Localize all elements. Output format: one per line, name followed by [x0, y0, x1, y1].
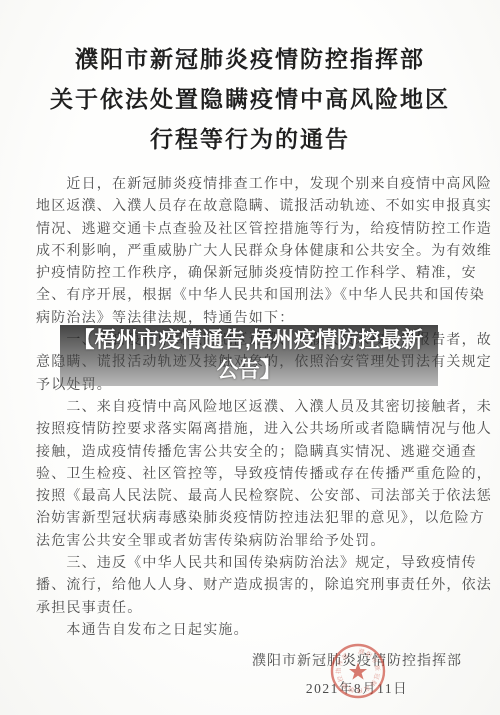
notice-body-line: 本通告自发布之日起实施。	[36, 620, 494, 642]
notice-body-line: 验、卫生检疫、社区管控等，导致疫情传播或存在传播严重危险的，	[36, 464, 494, 486]
notice-title-line: 濮阳市新冠肺炎疫情防控指挥部	[0, 40, 500, 80]
notice-body-line: 近日，在新冠肺炎疫情排查工作中，发现个别来自疫情中高风险	[36, 174, 494, 196]
notice-title-line: 行程等行为的通告	[0, 120, 500, 160]
notice-body-line: 承担民事责任。	[36, 598, 494, 620]
notice-body-line: 三、违反《中华人民共和国传染病防治法》规定，导致疫情传	[36, 553, 494, 575]
notice-body-line: 全、有序开展，根据《中华人民共和国刑法》《中华人民共和国传染	[36, 285, 494, 307]
notice-photo: 濮阳市新冠肺炎疫情防控指挥部 关于依法处置隐瞒疫情中高风险地区 行程等行为的通告…	[0, 0, 500, 715]
seal-star-icon	[349, 663, 367, 680]
notice-body-line: 情况、逃避交通卡点查验及社区管控措施等行为，给疫情防控工作造	[36, 219, 494, 241]
watermark-overlay: 【梧州市疫情通告,梧州疫情防控最新 公告】	[60, 325, 438, 386]
notice-body-line: 法危害公共安全罪或者妨害传染病防治罪给予处罚。	[36, 531, 494, 553]
official-seal-icon: 濮阳市新冠肺炎疫情防控指挥部	[328, 641, 388, 701]
notice-body-line: 治妨害新型冠状病毒感染肺炎疫情防控违法犯罪的意见》，以危险方	[36, 508, 494, 530]
notice-body-line: 播、流行，给他人人身、财产造成损害的，除追究刑事责任外，依法	[36, 575, 494, 597]
watermark-line2: 公告】	[60, 355, 438, 385]
notice-body-line: 地区返濮、入濮人员存在故意隐瞒、谎报活动轨迹、不如实申报真实	[36, 196, 494, 218]
notice-body-line: 护疫情防控工作秩序，确保新冠肺炎疫情防控工作科学、精准，安	[36, 263, 494, 285]
notice-title: 濮阳市新冠肺炎疫情防控指挥部 关于依法处置隐瞒疫情中高风险地区 行程等行为的通告	[0, 40, 500, 160]
notice-body: 近日，在新冠肺炎疫情排查工作中，发现个别来自疫情中高风险 地区返濮、入濮人员存在…	[36, 174, 494, 642]
notice-title-line: 关于依法处置隐瞒疫情中高风险地区	[0, 80, 500, 120]
notice-body-line: 二、来自疫情中高风险地区返濮、入濮人员及其密切接触者，未	[36, 397, 494, 419]
watermark-line1: 【梧州市疫情通告,梧州疫情防控最新	[60, 325, 438, 355]
notice-body-line: 成不利影响，严重威胁广大人民群众身体健康和公共安全。为有效维	[36, 241, 494, 263]
notice-body-line: 接触，造成疫情传播危害公共安全的；隐瞒真实情况、逃避交通查	[36, 442, 494, 464]
notice-body-line: 按照疫情防控要求落实隔离措施，进入公共场所或者隐瞒情况与他人	[36, 419, 494, 441]
notice-body-line: 按照《最高人民法院、最高人民检察院、公安部、司法部关于依法惩	[36, 486, 494, 508]
